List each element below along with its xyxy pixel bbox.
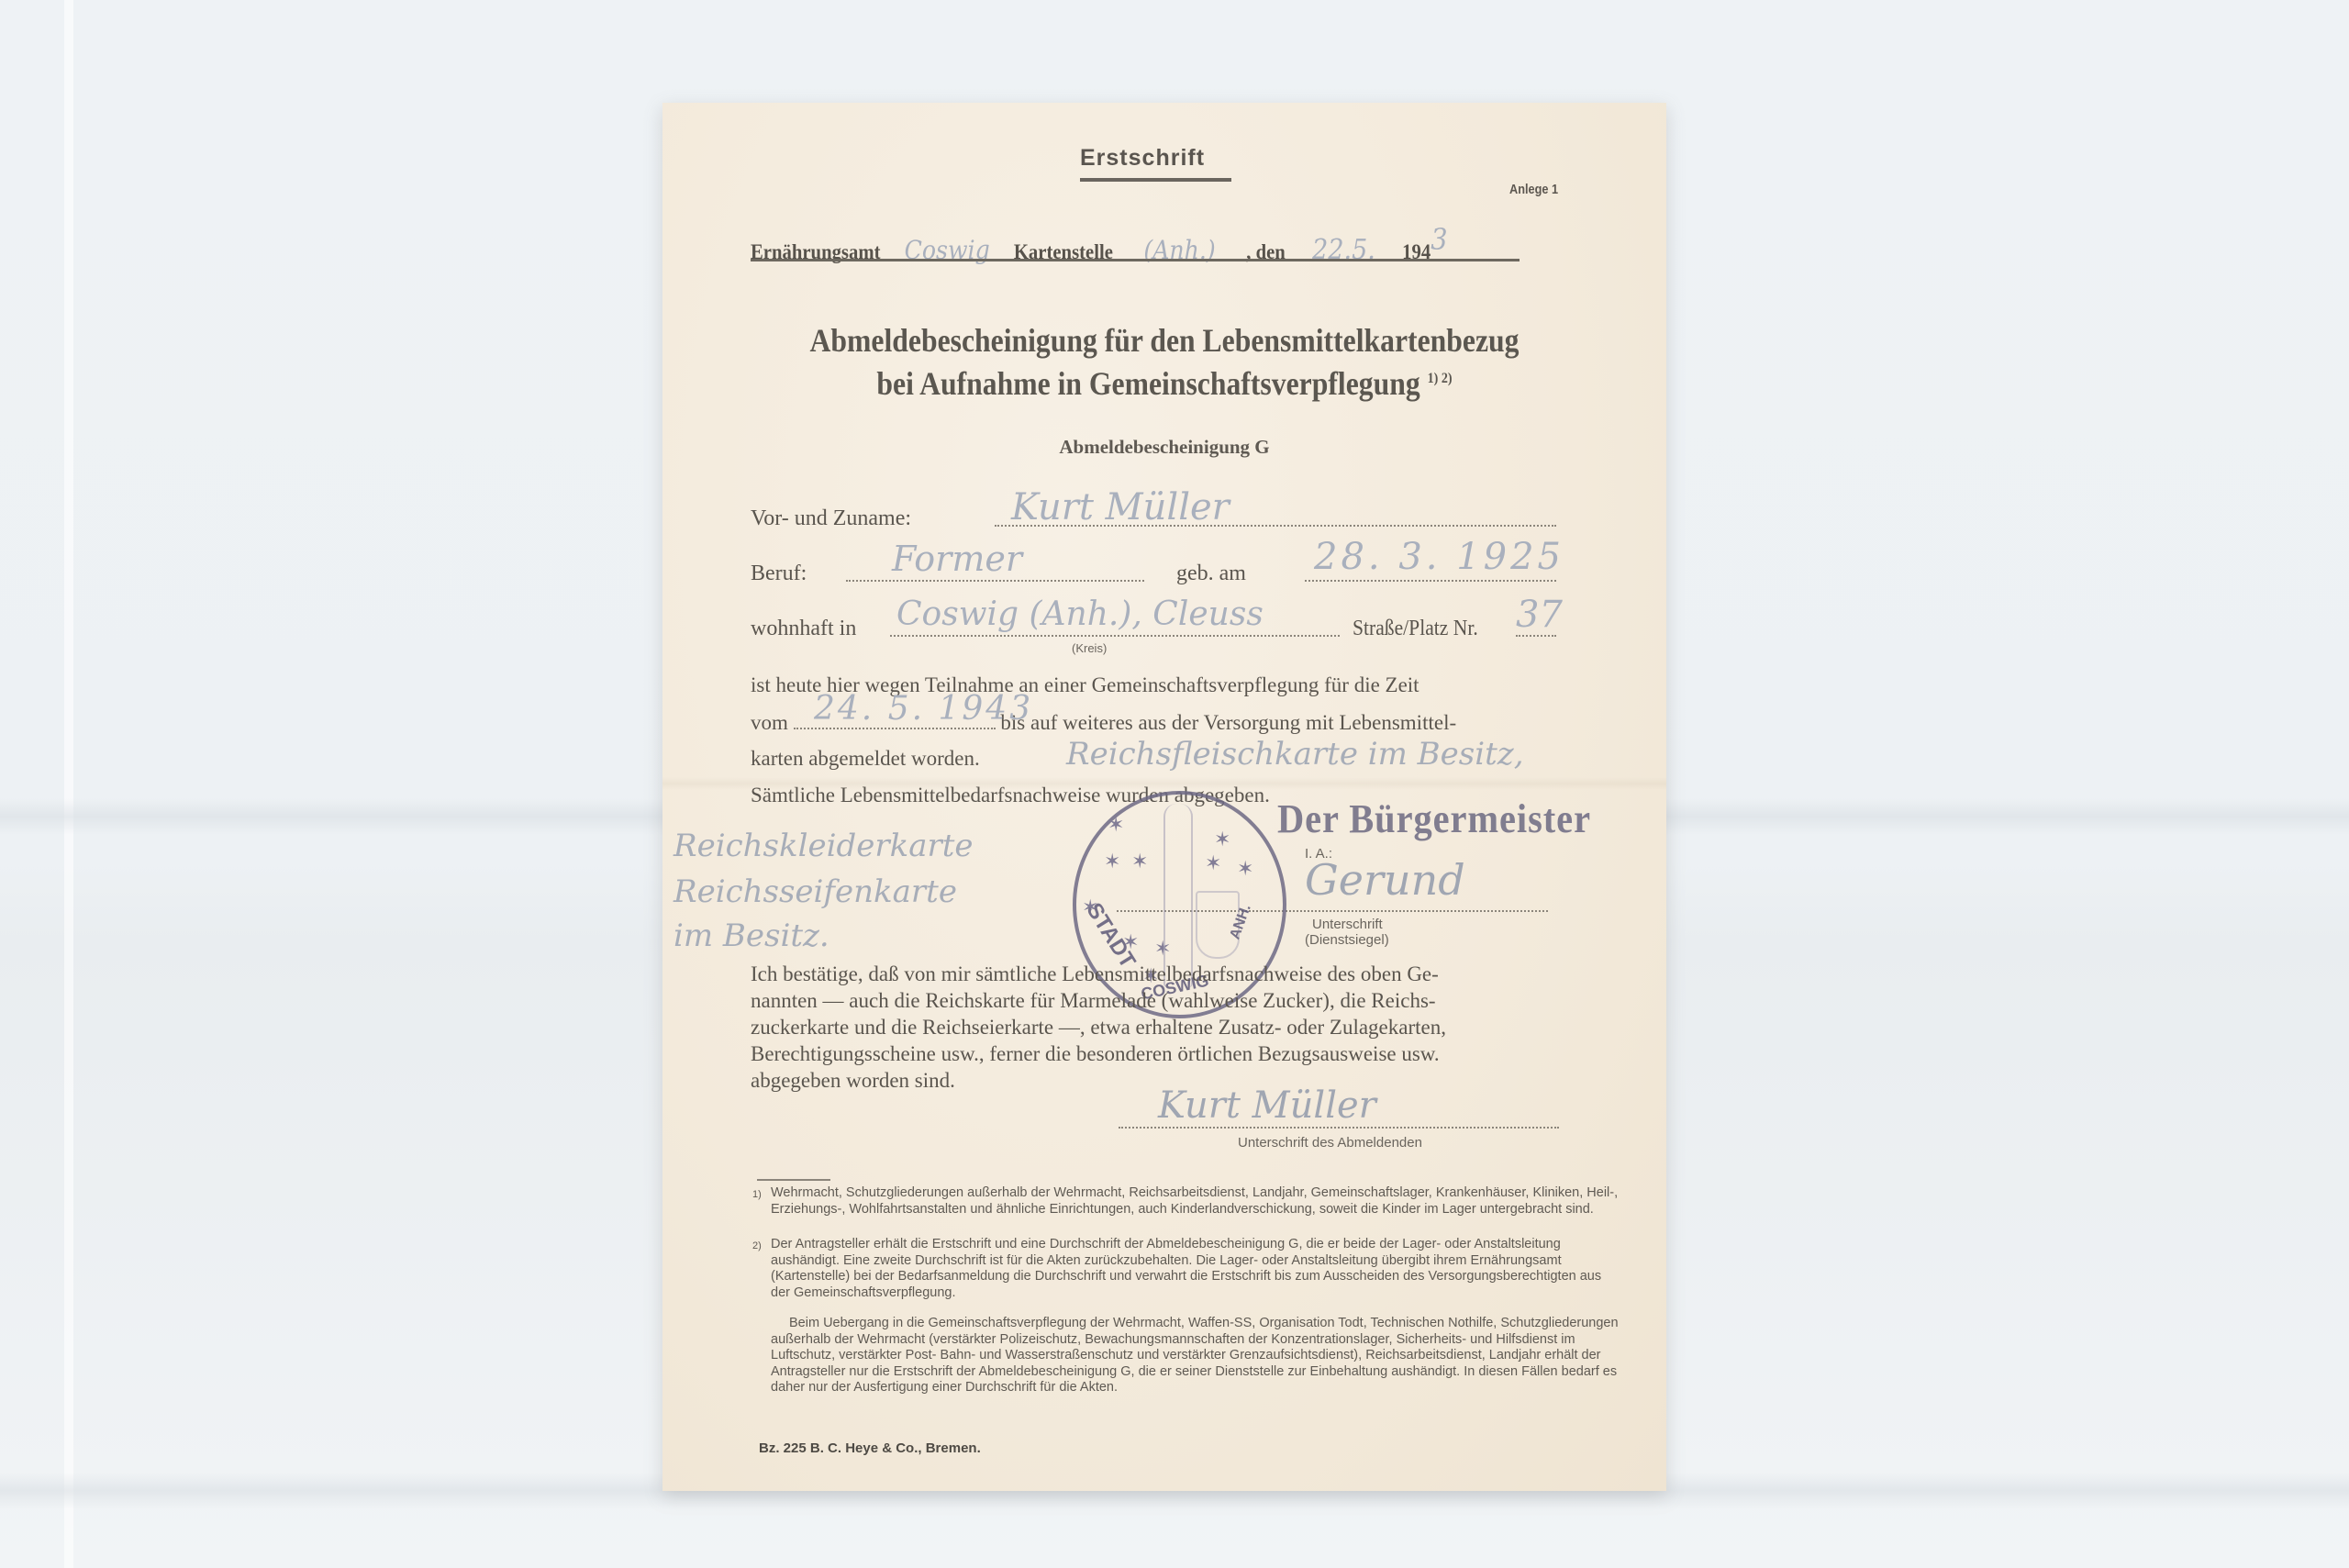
signature-label-2: (Dienstsiegel) [1305, 932, 1389, 948]
street-number: 37 [1516, 594, 1563, 636]
street-label: Straße/Platz Nr. [1353, 617, 1478, 641]
title-line-1: Abmeldebescheinigung für den Lebensmitte… [723, 321, 1607, 360]
seal-star-icon: ✶ [1108, 813, 1124, 837]
signature-label-1: Unterschrift [1312, 917, 1383, 932]
footnote-3-text: Beim Uebergang in die Gemeinschaftsverpf… [771, 1316, 1619, 1395]
applicant-signature-line [1119, 1127, 1559, 1129]
applicant-signature-label: Unterschrift des Abmeldenden [1238, 1135, 1422, 1151]
handwritten-note-4: im Besitz. [674, 917, 829, 954]
birth-value: 28. 3. 1925 [1314, 536, 1564, 578]
footnote-1-text: Wehrmacht, Schutzgliederungen außerhalb … [771, 1185, 1618, 1217]
birth-label: geb. am [1176, 562, 1246, 586]
applicant-signature: Kurt Müller [1158, 1084, 1376, 1127]
residence-sublabel: (Kreis) [1072, 641, 1107, 655]
footnote-3: Beim Uebergang in die Gemeinschaftsverpf… [771, 1316, 1620, 1396]
name-value: Kurt Müller [1011, 486, 1230, 528]
residence-line [890, 635, 1340, 637]
residence-value: Coswig (Anh.), Cleuss [896, 595, 1264, 633]
annex-label: Anlege 1 [1509, 182, 1558, 197]
footnote-2-marker: 2) [752, 1239, 762, 1255]
name-label: Vor- und Zuname: [751, 506, 911, 530]
title-line-2: bei Aufnahme in Gemeinschaftsverpflegung… [723, 364, 1607, 403]
footnote-1-marker: 1) [752, 1187, 762, 1204]
printer-imprint: Bz. 225 B. C. Heye & Co., Bremen. [759, 1440, 981, 1456]
body-line-3: karten abgemeldet worden. [751, 740, 980, 777]
mayor-stamp-title: Der Bürgermeister [1277, 795, 1591, 842]
residence-label: wohnhaft in [751, 617, 856, 641]
official-signature: Gerund [1305, 855, 1465, 905]
seal-star-icon: ✶ [1237, 857, 1253, 881]
occupation-label: Beruf: [751, 562, 807, 586]
body-line-2-rest: bis auf weiteres aus der Versorgung mit … [1000, 711, 1456, 734]
handwritten-note-2: Reichskleiderkarte [674, 828, 974, 864]
seal-star-icon: ✶ [1214, 828, 1230, 851]
from-value: 24. 5. 1943 [814, 690, 1033, 728]
document-sheet: Erstschrift Anlege 1 Ernährungsamt Coswi… [662, 103, 1666, 1491]
seal-figure [1163, 804, 1193, 987]
confirmation-line: Ich bestätige, daß von mir sämtliche Leb… [751, 961, 1446, 987]
title-footnote-refs: 1) 2) [1428, 371, 1453, 386]
footnote-separator [757, 1179, 830, 1181]
header-rule [751, 259, 1520, 261]
footnote-2: 2) Der Antragsteller erhält die Erstschr… [771, 1237, 1620, 1301]
seal-star-icon: ✶ [1131, 850, 1148, 873]
confirmation-line: zuckerkarte und die Reichseierkarte —, e… [751, 1014, 1446, 1040]
confirmation-text: Ich bestätige, daß von mir sämtliche Leb… [751, 961, 1446, 1094]
title-line-2-text: bei Aufnahme in Gemeinschaftsverpflegung [876, 365, 1419, 402]
copy-label-underline [1080, 178, 1231, 182]
handwritten-note-3: Reichsseifenkarte [674, 873, 957, 910]
seal-star-icon: ✶ [1205, 851, 1221, 875]
occupation-value: Former [892, 539, 1022, 579]
footnote-2-text: Der Antragsteller erhält die Erstschrift… [771, 1237, 1601, 1300]
confirmation-line: Berechtigungsscheine usw., ferner die be… [751, 1040, 1446, 1067]
footnote-1: 1) Wehrmacht, Schutzgliederungen außerha… [771, 1185, 1620, 1218]
birth-line [1305, 580, 1556, 582]
handwritten-note-1: Reichsfleischkarte im Besitz, [1066, 736, 1524, 773]
occupation-line [846, 580, 1144, 582]
from-label: vom [751, 711, 788, 734]
year-suffix: 3 [1431, 222, 1447, 257]
background-edge [64, 0, 73, 1568]
confirmation-line: nannten — auch die Reichskarte für Marme… [751, 987, 1446, 1014]
name-field: Vor- und Zuname: [751, 506, 911, 531]
copy-label: Erstschrift [1080, 145, 1205, 172]
seal-star-icon: ✶ [1104, 850, 1120, 873]
subtitle: Abmeldebescheinigung G [662, 436, 1666, 459]
